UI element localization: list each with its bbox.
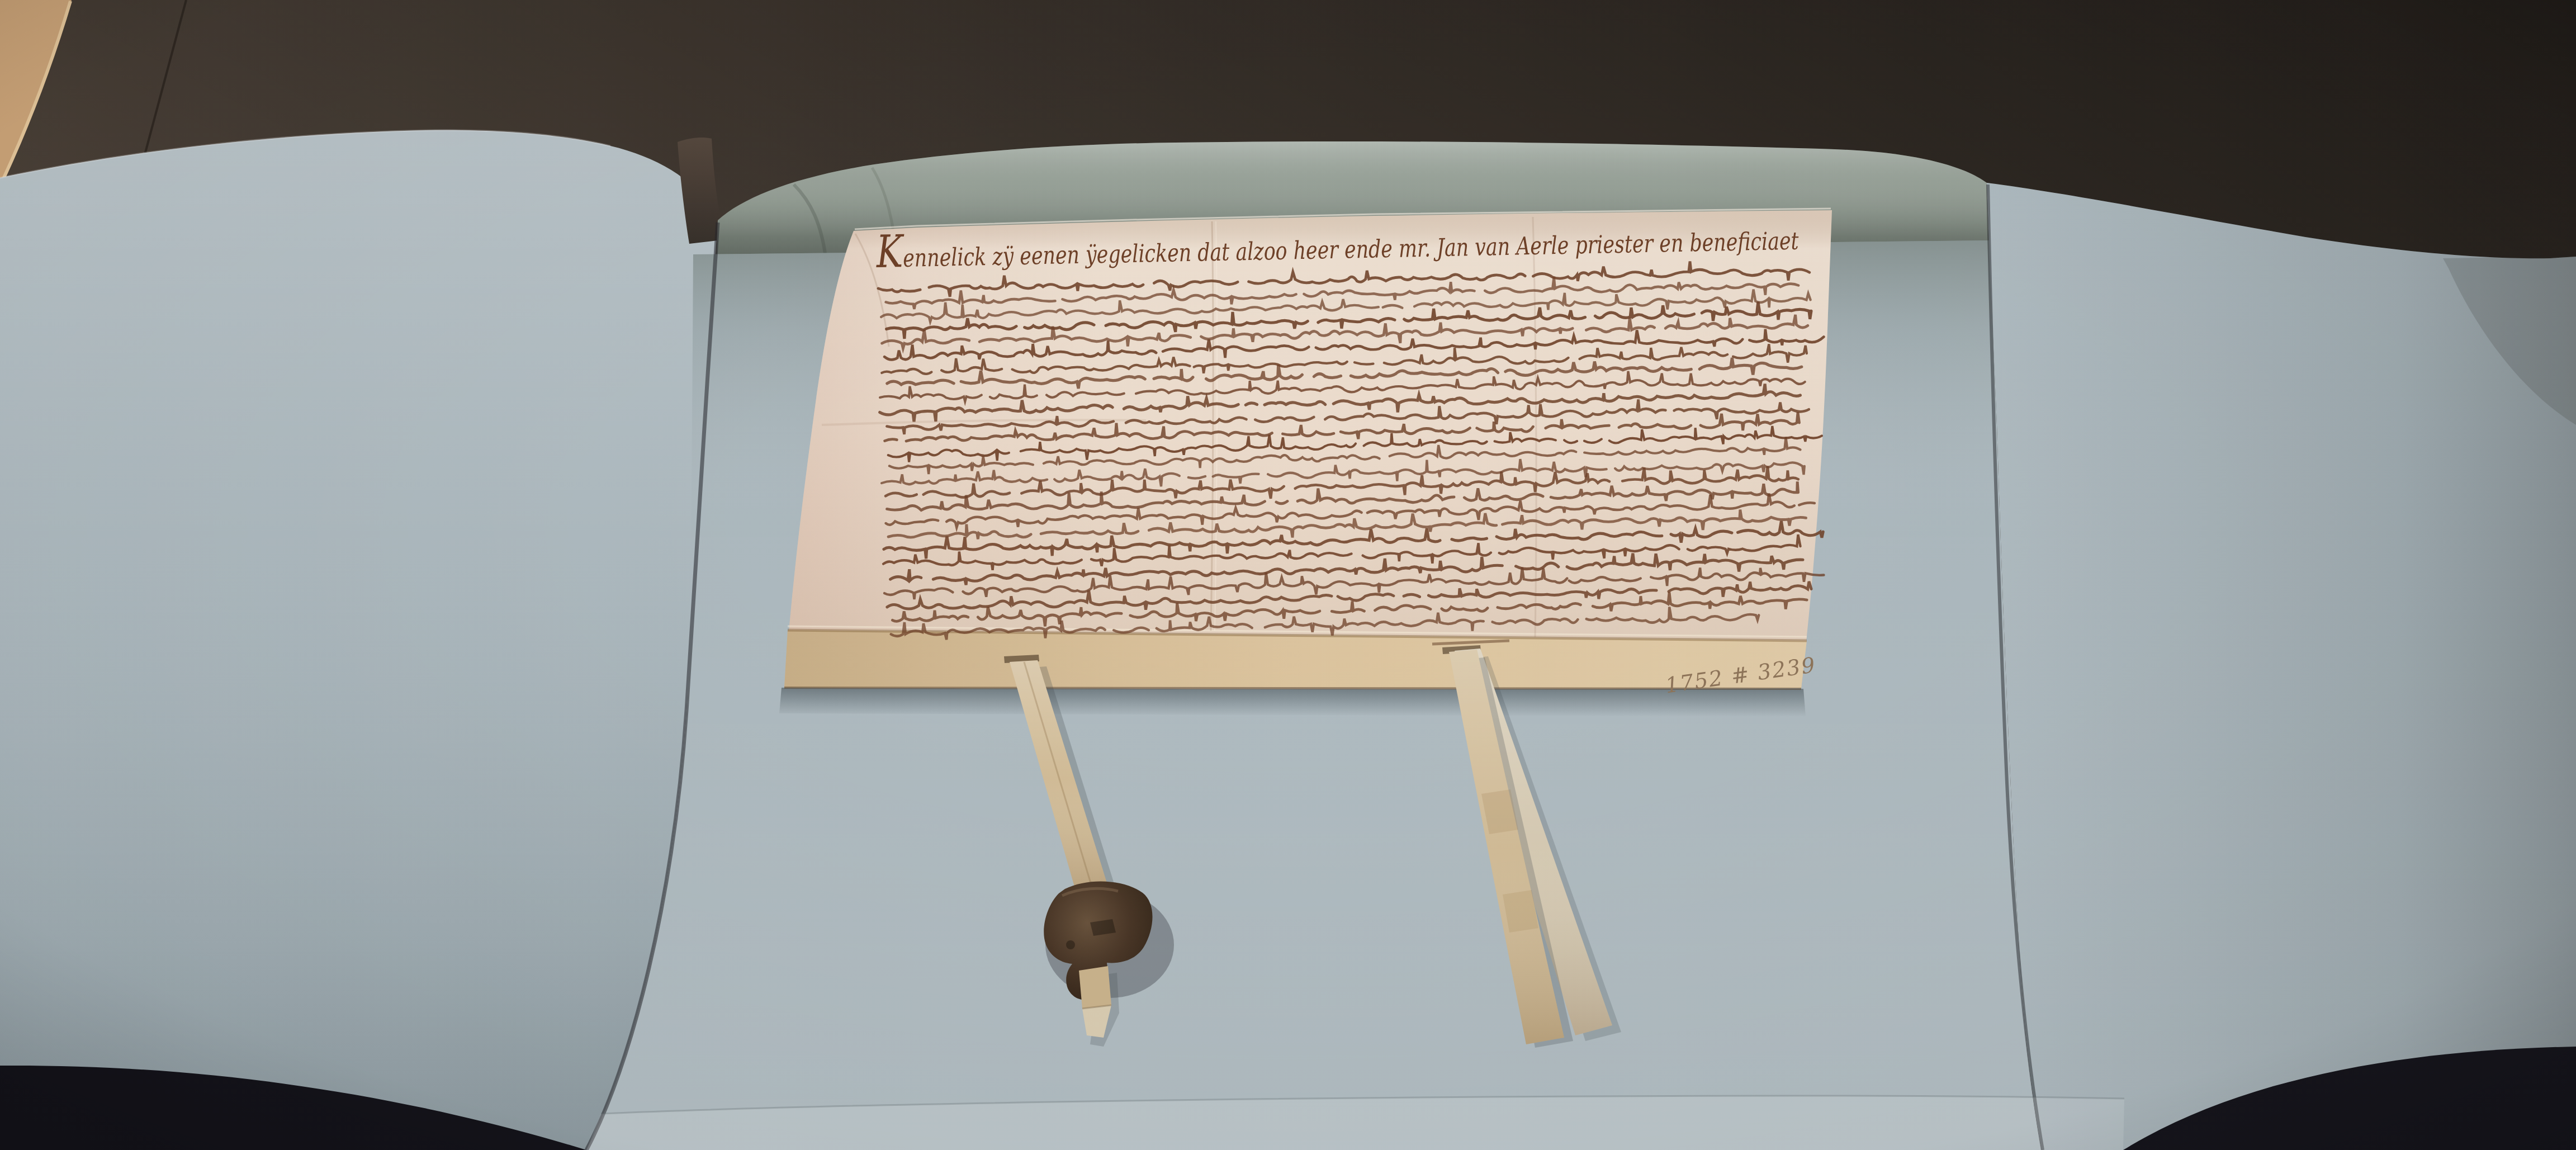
photo-vignette (0, 0, 2576, 1150)
photo-stage: Kennelick zÿ eenen ÿegelicken dat alzoo … (0, 0, 2576, 1150)
scene-graphic: Kennelick zÿ eenen ÿegelicken dat alzoo … (0, 0, 2576, 1150)
